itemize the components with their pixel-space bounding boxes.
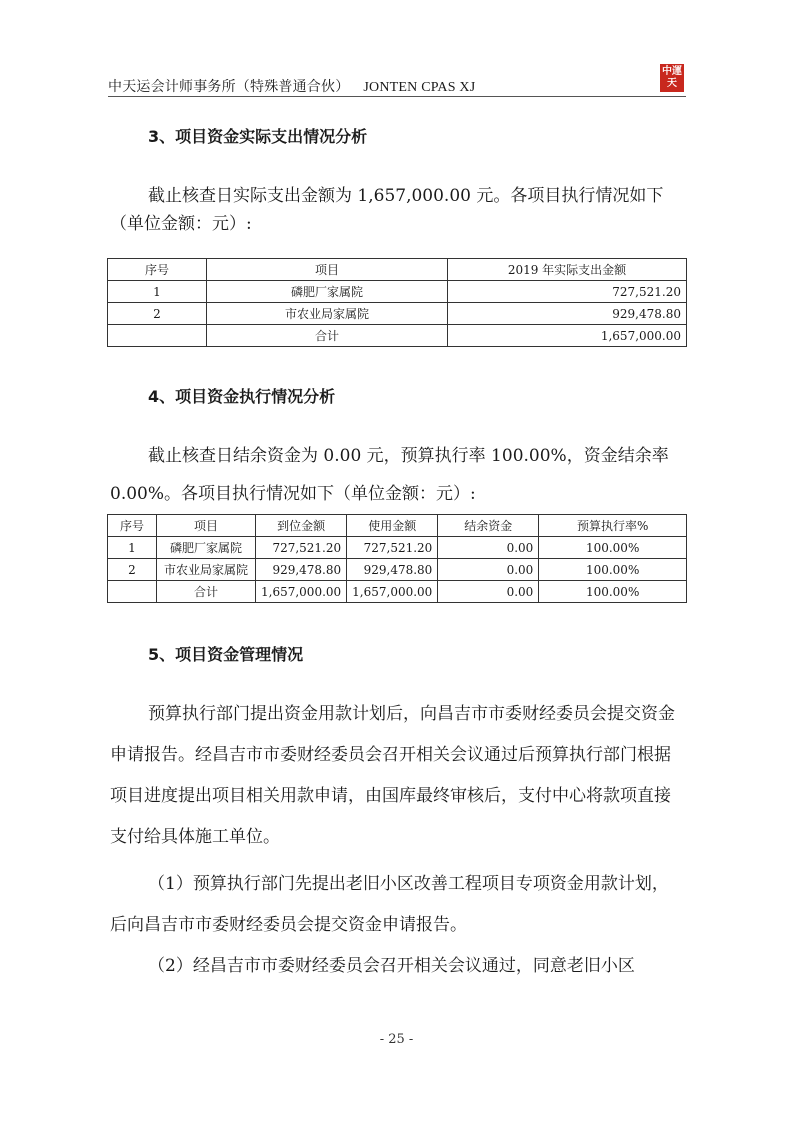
table-row: 1 磷肥厂家属院 727,521.20 727,521.20 0.00 100.… xyxy=(108,537,687,559)
col-header: 序号 xyxy=(108,515,157,537)
cell: 100.00% xyxy=(539,581,687,603)
table-total-row: 合计 1,657,000.00 xyxy=(108,325,687,347)
col-header: 序号 xyxy=(108,259,207,281)
cell: 929,478.80 xyxy=(347,559,438,581)
cell: 0.00 xyxy=(438,559,539,581)
cell: 合计 xyxy=(157,581,256,603)
cell: 1,657,000.00 xyxy=(448,325,687,347)
page-number: - 25 - xyxy=(0,1032,793,1047)
cell: 1,657,000.00 xyxy=(347,581,438,603)
col-header: 项目 xyxy=(157,515,256,537)
section-5-title: 5、项目资金管理情况 xyxy=(148,642,303,665)
page-header: 中天运会计师事务所（特殊普通合伙）JONTEN CPAS XJ 中運天 xyxy=(108,70,686,97)
cell: 2 xyxy=(108,559,157,581)
cell: 磷肥厂家属院 xyxy=(207,281,448,303)
cell: 合计 xyxy=(207,325,448,347)
cell: 市农业局家属院 xyxy=(157,559,256,581)
col-header: 使用金额 xyxy=(347,515,438,537)
cell: 929,478.80 xyxy=(448,303,687,325)
firm-logo-icon: 中運天 xyxy=(660,64,684,92)
cell xyxy=(108,325,207,347)
cell: 2 xyxy=(108,303,207,325)
cell: 100.00% xyxy=(539,537,687,559)
cell: 1,657,000.00 xyxy=(256,581,347,603)
section-5-paragraph-1: 预算执行部门提出资金用款计划后，向昌吉市市委财经委员会提交资金申请报告。经昌吉市… xyxy=(110,694,685,858)
table-header-row: 序号 项目 2019 年实际支出金额 xyxy=(108,259,687,281)
col-header: 2019 年实际支出金额 xyxy=(448,259,687,281)
cell: 0.00 xyxy=(438,537,539,559)
execution-table: 序号 项目 到位金额 使用金额 结余资金 预算执行率% 1 磷肥厂家属院 727… xyxy=(107,514,687,603)
col-header: 结余资金 xyxy=(438,515,539,537)
cell: 磷肥厂家属院 xyxy=(157,537,256,559)
col-header: 预算执行率% xyxy=(539,515,687,537)
cell: 1 xyxy=(108,537,157,559)
section-4-paragraph: 截止核查日结余资金为 0.00 元，预算执行率 100.00%，资金结余率 0.… xyxy=(110,437,685,513)
expenditure-table: 序号 项目 2019 年实际支出金额 1 磷肥厂家属院 727,521.20 2… xyxy=(107,258,687,347)
table-row: 2 市农业局家属院 929,478.80 xyxy=(108,303,687,325)
table-row: 1 磷肥厂家属院 727,521.20 xyxy=(108,281,687,303)
table-total-row: 合计 1,657,000.00 1,657,000.00 0.00 100.00… xyxy=(108,581,687,603)
section-3-title: 3、项目资金实际支出情况分析 xyxy=(148,124,367,147)
col-header: 到位金额 xyxy=(256,515,347,537)
section-5-paragraph-2: （1）预算执行部门先提出老旧小区改善工程项目专项资金用款计划，后向昌吉市市委财经… xyxy=(110,864,685,946)
firm-name-cn: 中天运会计师事务所（特殊普通合伙） xyxy=(108,79,349,95)
cell: 0.00 xyxy=(438,581,539,603)
table-row: 2 市农业局家属院 929,478.80 929,478.80 0.00 100… xyxy=(108,559,687,581)
section-5-paragraph-3: （2）经昌吉市市委财经委员会召开相关会议通过，同意老旧小区 xyxy=(110,946,685,987)
cell: 1 xyxy=(108,281,207,303)
firm-name-en: JONTEN CPAS XJ xyxy=(363,80,475,95)
cell: 727,521.20 xyxy=(347,537,438,559)
section-4-title: 4、项目资金执行情况分析 xyxy=(148,384,335,407)
cell: 727,521.20 xyxy=(448,281,687,303)
cell: 100.00% xyxy=(539,559,687,581)
cell: 市农业局家属院 xyxy=(207,303,448,325)
cell xyxy=(108,581,157,603)
cell: 929,478.80 xyxy=(256,559,347,581)
cell: 727,521.20 xyxy=(256,537,347,559)
table-header-row: 序号 项目 到位金额 使用金额 结余资金 预算执行率% xyxy=(108,515,687,537)
section-3-paragraph: 截止核查日实际支出金额为 1,657,000.00 元。各项目执行情况如下（单位… xyxy=(110,182,685,238)
col-header: 项目 xyxy=(207,259,448,281)
header-firm: 中天运会计师事务所（特殊普通合伙）JONTEN CPAS XJ xyxy=(108,76,475,96)
